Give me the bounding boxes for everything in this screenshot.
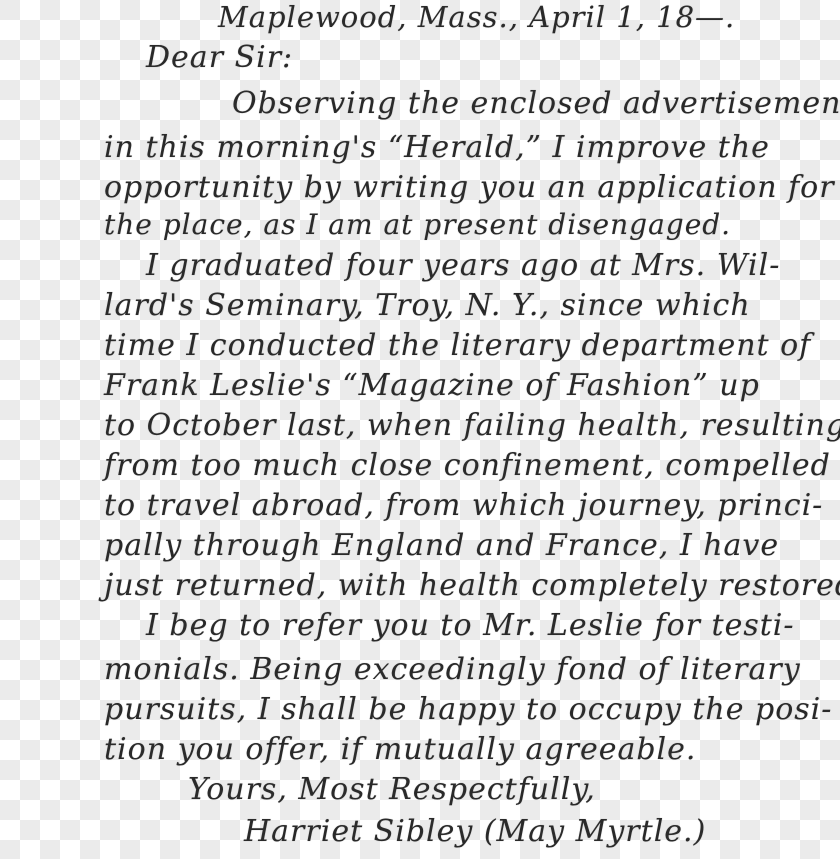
- letter-line: Observing the enclosed advertisement: [232, 86, 736, 121]
- letter-line: from too much close confinement, compell…: [104, 448, 736, 483]
- letter-line: opportunity by writing you an applicatio…: [104, 170, 736, 205]
- salutation: Dear Sir:: [146, 40, 293, 75]
- letter-line: lard's Seminary, Troy, N. Y., since whic…: [104, 288, 736, 323]
- letter-line: monials. Being exceedingly fond of liter…: [104, 652, 736, 687]
- letter-line: to travel abroad, from which journey, pr…: [104, 488, 736, 523]
- letter-line: just returned, with health completely re…: [104, 568, 736, 603]
- letter-line: the place, as I am at present disengaged…: [104, 208, 731, 241]
- letter-line: in this morning's “Herald,” I improve th…: [104, 130, 736, 165]
- letter-line: to October last, when failing health, re…: [104, 408, 736, 443]
- letter-line: pally through England and France, I have: [104, 528, 736, 563]
- handwritten-letter: Maplewood, Mass., April 1, 18—. Dear Sir…: [0, 0, 840, 859]
- letter-line: time I conducted the literary department…: [104, 328, 736, 363]
- dateline: Maplewood, Mass., April 1, 18—.: [218, 0, 735, 34]
- signature: Harriet Sibley (May Myrtle.): [244, 814, 706, 849]
- letter-line: I beg to refer you to Mr. Leslie for tes…: [146, 608, 736, 643]
- letter-line: tion you offer, if mutually agreeable.: [104, 732, 696, 767]
- letter-line: pursuits, I shall be happy to occupy the…: [104, 692, 736, 727]
- letter-line: Frank Leslie's “Magazine of Fashion” up: [104, 368, 736, 403]
- letter-line: I graduated four years ago at Mrs. Wil-: [146, 248, 736, 283]
- closing: Yours, Most Respectfully,: [188, 772, 596, 807]
